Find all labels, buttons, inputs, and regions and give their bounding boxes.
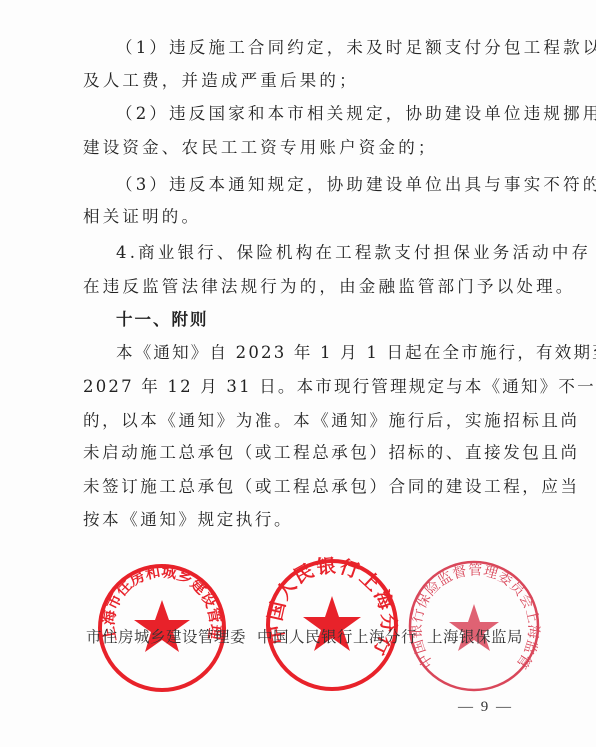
paragraph-line: 的，以本《通知》为准。本《通知》施行后，实施招标且尚 [83,411,523,431]
paragraph-line: 本《通知》自 2023 年 1 月 1 日起在全市施行，有效期至 [116,343,556,363]
page-number: — 9 — [458,699,513,716]
paragraph-line: 在违反监管法律法规行为的，由金融监管部门予以处理。 [83,277,523,297]
paragraph-line: 未签订施工总承包（或工程总承包）合同的建设工程，应当 [83,477,523,497]
paragraph-line: 2027 年 12 月 31 日。本市现行管理规定与本《通知》不一致 [83,377,523,397]
signatory-pboc-shanghai: 中国人民银行上海分行 [257,625,417,647]
section-heading: 十一、附则 [116,310,556,330]
paragraph-line: （1）违反施工合同约定，未及时足额支付分包工程款以 [116,38,556,58]
paragraph-line: （2）违反国家和本市相关规定，协助建设单位违规挪用 [116,104,556,124]
paragraph-line: 按本《通知》规定执行。 [83,510,523,530]
paragraph-line: 4.商业银行、保险机构在工程款支付担保业务活动中存 [116,243,556,263]
signatory-housing-committee: 市住房城乡建设管理委 [86,625,246,647]
paragraph-line: 及人工费，并造成严重后果的； [83,71,523,91]
paragraph-line: （3）违反本通知规定，协助建设单位出具与事实不符的 [116,175,556,195]
paragraph-line: 未启动施工总承包（或工程总承包）招标的、直接发包且尚 [83,443,523,463]
signatory-cbirc-shanghai: 上海银保监局 [427,625,523,647]
paragraph-line: 建设资金、农民工工资专用账户资金的； [83,138,523,158]
paragraph-line: 相关证明的。 [83,207,523,227]
